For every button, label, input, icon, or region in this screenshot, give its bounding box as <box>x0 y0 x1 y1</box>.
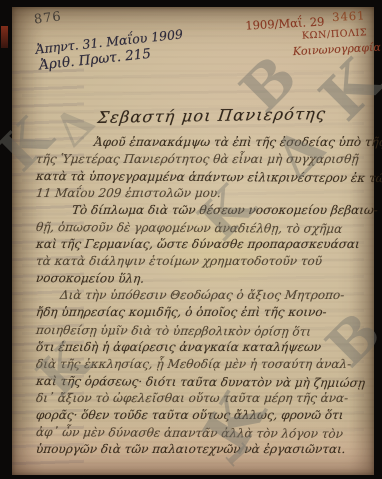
scanned-letter: 876 Ἀπηντ. 31. Μαΐου 1909 Ἀριθ. Πρωτ. 21… <box>0 0 382 479</box>
paper: 876 Ἀπηντ. 31. Μαΐου 1909 Ἀριθ. Πρωτ. 21… <box>12 7 374 475</box>
handwritten-line: Τὸ δίπλωμα διὰ τῶν θέσεων νοσοκομείου βε… <box>35 202 382 219</box>
registry-category: Κοινωνογραφία <box>292 40 382 58</box>
letter-body: Ἀφοῦ ἐπανακάμψω τὰ ἐπὶ τῆς ἐσοδείας ὑπὸ … <box>36 134 382 458</box>
handwritten-line: φορᾶς· ὅθεν τοῦδε ταῦτα οὕτως ἄλλως, φρο… <box>35 407 382 424</box>
salutation: Σεβαστή μοι Πανιερότης <box>97 104 328 127</box>
handwritten-line: δι᾽ ἄξιον τὸ ὠφελεῖσθαι οὕτω ταῦτα μέρη … <box>35 390 382 407</box>
archive-number-pencil: 876 <box>33 9 62 27</box>
handwritten-line: τὰ κατὰ διάληψιν ἑτοίμων χρηματοδοτοῦν τ… <box>35 253 382 270</box>
handwritten-line: τῆς Ὑμετέρας Πανιερότητος θὰ εἶναι μὴ συ… <box>35 151 382 168</box>
registry-annotation: 1909/Μαΐ. 29 3461 ΚΩΝ/ΠΟΛΙΣ Κοινωνογραφί… <box>245 11 382 60</box>
handwritten-line: 11 Μαΐου 209 ἐπιστολῶν μου. <box>35 185 382 202</box>
handwritten-line: ἤδη ὑπηρεσίας κομιδῆς, ὁ ὁποῖος ἐπὶ τῆς … <box>35 304 382 321</box>
handwritten-line: ποιηθείσῃ ὑμῖν διὰ τὸ ὑπερβολικὸν ὁρίσῃ … <box>35 322 382 341</box>
scanner-edge-mark <box>1 26 8 48</box>
registry-number: 3461 <box>332 8 366 24</box>
handwritten-line: ὅτι ἐπειδὴ ἡ ἀφαίρεσις ἀναγκαία καταλήψε… <box>35 339 382 356</box>
handwritten-line: καὶ τῆς Γερμανίας, ὥστε δύνασθε προπαρασ… <box>35 236 382 253</box>
handwritten-line: ὑπουργῶν διὰ τῶν παλαιοτεχνῶν νὰ ἐργασιῶ… <box>35 441 382 458</box>
handwritten-line: Ἀφοῦ ἐπανακάμψω τὰ ἐπὶ τῆς ἐσοδείας ὑπὸ … <box>35 134 382 151</box>
handwritten-line: καὶ τῆς ὁράσεως· διότι ταῦτα δυνατὸν νὰ … <box>35 373 382 392</box>
handwritten-line: Διὰ τὴν ὑπόθεσιν Θεοδώρας ὁ ἄξιος Μητροπ… <box>35 287 382 304</box>
handwritten-line: διὰ τῆς ἐκκλησίας, ᾗ Μεθοδίᾳ μὲν ἡ τοσαύ… <box>35 356 382 373</box>
